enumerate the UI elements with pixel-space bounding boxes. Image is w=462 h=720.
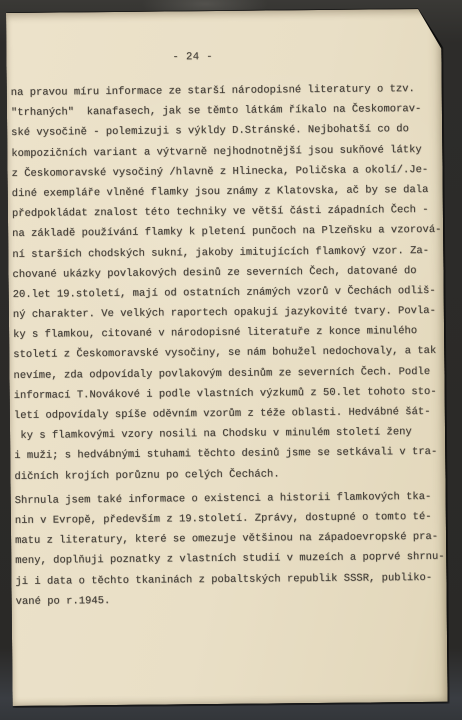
page-number: - 24 -	[172, 51, 213, 63]
paragraph: Shrnula jsem také informace o existenci …	[15, 487, 444, 612]
text-line: dičních krojích porůznu po celých Čechác…	[14, 462, 442, 486]
text-line: ji i data o těchto tkaninách z pobaltský…	[15, 567, 443, 591]
text-line: i muži; s hedvábnými stuhami těchto desi…	[14, 442, 442, 466]
scanned-page: - 24 - na pravou míru informace ze starš…	[6, 9, 448, 706]
text-line: vané po r.1945.	[16, 588, 444, 612]
photo-backdrop: - 24 - na pravou míru informace ze starš…	[0, 0, 462, 720]
paragraph: na pravou míru informace ze starší národ…	[11, 79, 443, 487]
paragraphs: na pravou míru informace ze starší národ…	[11, 79, 444, 616]
